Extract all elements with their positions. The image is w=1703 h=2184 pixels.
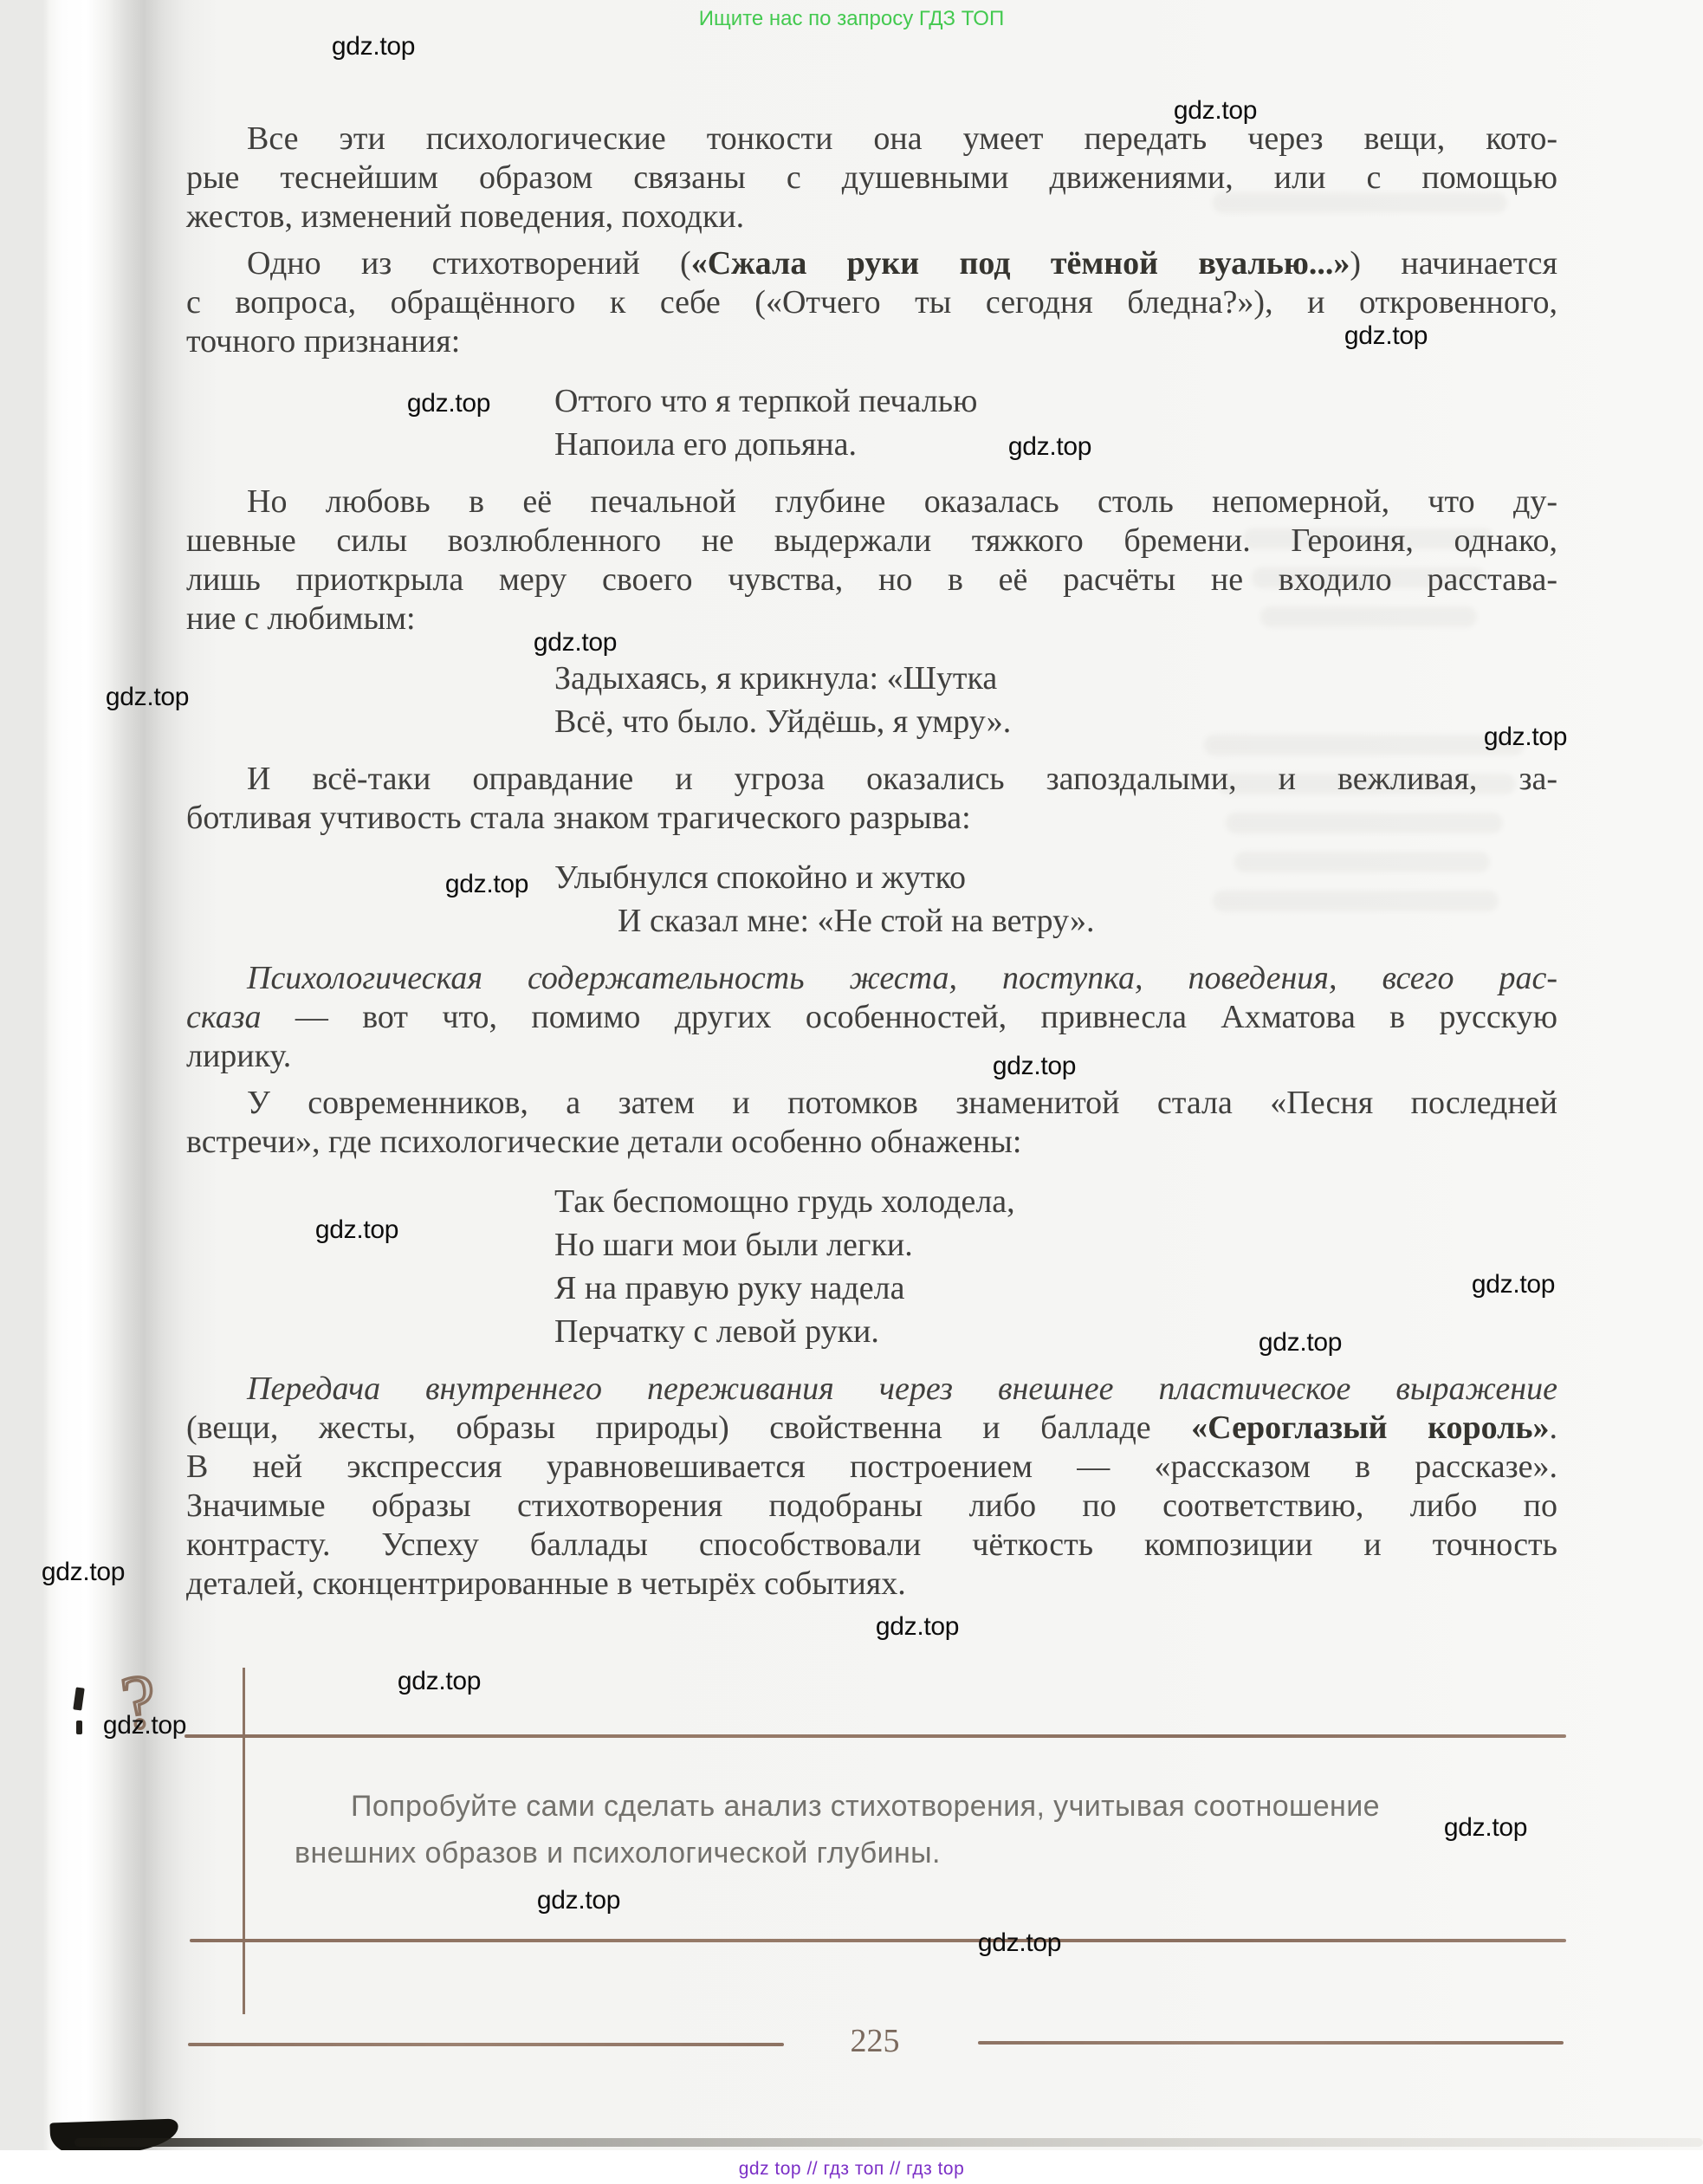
gdz-top-watermark: gdz.top xyxy=(978,1928,1061,1958)
text-segment: сказа xyxy=(186,999,262,1035)
paragraph-block: Но любовь в её печальной глубине оказала… xyxy=(186,483,1557,638)
paragraph-block: И всё-таки оправдание и угроза оказались… xyxy=(186,760,1557,838)
verse-line: Я на правую руку надела xyxy=(554,1267,1557,1310)
verse-line: Оттого что я терпкой печалью xyxy=(554,379,1557,423)
site-footer-text: gdz top // гдз топ // гдз top xyxy=(0,2159,1703,2180)
text-segment: (вещи, жесты, образы природы) свойственн… xyxy=(186,1410,1191,1446)
text-line: лишь приоткрыла меру своего чувства, но … xyxy=(186,561,1557,599)
text-segment: Я на правую руку надела xyxy=(554,1270,904,1306)
text-line: У современников, а затем и потомков знам… xyxy=(186,1084,1557,1123)
text-line: встречи», где психологические детали осо… xyxy=(186,1123,1557,1162)
text-segment: «Сжала руки под тёмной вуалью...» xyxy=(691,245,1350,282)
text-line: (вещи, жесты, образы природы) свойственн… xyxy=(186,1409,1557,1448)
text-segment: И сказал мне: «Не стой на ветру». xyxy=(618,903,1094,939)
edge-mark xyxy=(76,1721,82,1734)
text-segment: ботливая учтивость стала знаком трагичес… xyxy=(186,800,971,836)
text-segment: Напоила его допьяна. xyxy=(554,426,857,463)
footer-rule-left xyxy=(188,2043,784,2046)
gdz-top-watermark: gdz.top xyxy=(993,1052,1076,1081)
gdz-top-watermark: gdz.top xyxy=(1174,96,1257,126)
gdz-top-watermark: gdz.top xyxy=(398,1667,481,1696)
gdz-top-watermark: gdz.top xyxy=(103,1711,186,1740)
verse-line: Перчатку с левой руки. xyxy=(554,1310,1557,1353)
text-line: жестов, изменений поведения, походки. xyxy=(186,198,1557,237)
text-line: сказа — вот что, помимо других особеннос… xyxy=(186,998,1557,1037)
book-bottom-edge xyxy=(74,2138,1703,2147)
question-rule-top xyxy=(185,1734,1566,1738)
gdz-top-watermark: gdz.top xyxy=(1472,1270,1555,1299)
text-segment: с вопроса, обращённого к себе («Отчего т… xyxy=(186,284,1557,321)
gdz-top-watermark: gdz.top xyxy=(876,1612,959,1642)
gdz-top-watermark: gdz.top xyxy=(407,389,490,418)
text-segment: встречи», где психологические детали осо… xyxy=(186,1124,1021,1160)
paragraph-block: Передача внутреннего переживания через в… xyxy=(186,1370,1557,1604)
text-segment: Но шаги мои были легки. xyxy=(554,1227,913,1263)
promo-banner-top: Ищите нас по запросу ГДЗ ТОП xyxy=(0,7,1703,31)
text-segment: лишь приоткрыла меру своего чувства, но … xyxy=(186,561,1557,598)
verse-block: Улыбнулся спокойно и жуткоИ сказал мне: … xyxy=(554,856,1557,943)
text-line: ботливая учтивость стала знаком трагичес… xyxy=(186,799,1557,838)
text-segment: Улыбнулся спокойно и жутко xyxy=(554,859,966,896)
verse-line: И сказал мне: «Не стой на ветру». xyxy=(554,899,1557,943)
text-segment: жестов, изменений поведения, походки. xyxy=(186,198,744,235)
text-segment: Передача внутреннего переживания через в… xyxy=(247,1371,1557,1407)
text-line: ние с любимым: xyxy=(186,599,1557,638)
gdz-top-watermark: gdz.top xyxy=(1444,1813,1527,1843)
text-segment: лирику. xyxy=(186,1038,291,1074)
gdz-top-watermark: gdz.top xyxy=(42,1558,125,1587)
text-segment: . xyxy=(1550,1410,1558,1446)
text-segment: Но любовь в её печальной глубине оказала… xyxy=(247,483,1557,520)
question-rule-bottom xyxy=(190,1939,1566,1942)
paragraph-block: Все эти психологические тонкости она уме… xyxy=(186,120,1557,237)
text-line: Одно из стихотворений («Сжала руки под т… xyxy=(186,244,1557,283)
gdz-top-watermark: gdz.top xyxy=(537,1886,620,1915)
question-text-line: Попробуйте сами сделать анализ стихотвор… xyxy=(351,1790,1380,1824)
text-line: с вопроса, обращённого к себе («Отчего т… xyxy=(186,283,1557,322)
text-line: В ней экспрессия уравновешивается постро… xyxy=(186,1448,1557,1487)
text-segment: Значимые образы стихотворения подобраны … xyxy=(186,1487,1557,1524)
text-line: Психологическая содержательность жеста, … xyxy=(186,959,1557,998)
question-text-line: внешних образов и психологической глубин… xyxy=(295,1837,941,1870)
gdz-top-watermark: gdz.top xyxy=(1259,1328,1342,1358)
page-number: 225 xyxy=(827,2022,923,2060)
question-vertical-rule xyxy=(243,1668,245,2014)
gdz-top-watermark: gdz.top xyxy=(1484,723,1567,752)
text-segment: «Сероглазый король» xyxy=(1191,1410,1549,1446)
verse-block: Задыхаясь, я крикнула: «ШуткаВсё, что бы… xyxy=(554,657,1557,743)
text-segment: ) начинается xyxy=(1350,245,1557,282)
gdz-top-watermark: gdz.top xyxy=(106,683,189,712)
footer-rule-right xyxy=(978,2041,1564,2045)
text-line: лирику. xyxy=(186,1037,1557,1076)
verse-block: Так беспомощно грудь холодела,Но шаги мо… xyxy=(554,1180,1557,1353)
text-segment: У современников, а затем и потомков знам… xyxy=(247,1085,1557,1121)
text-line: Значимые образы стихотворения подобраны … xyxy=(186,1487,1557,1526)
text-segment: рые теснейшим образом связаны с душевным… xyxy=(186,159,1557,196)
text-segment: Оттого что я терпкой печалью xyxy=(554,383,977,419)
text-line: шевные силы возлюбленного не выдержали т… xyxy=(186,522,1557,561)
paragraph-block: Психологическая содержательность жеста, … xyxy=(186,959,1557,1076)
text-segment: Перчатку с левой руки. xyxy=(554,1313,879,1350)
gdz-top-watermark: gdz.top xyxy=(1008,432,1091,462)
scanned-textbook-page: Ищите нас по запросу ГДЗ ТОП Все эти пси… xyxy=(0,0,1703,2184)
gdz-top-watermark: gdz.top xyxy=(445,870,528,899)
text-line: рые теснейшим образом связаны с душевным… xyxy=(186,159,1557,198)
text-line: Все эти психологические тонкости она уме… xyxy=(186,120,1557,159)
paragraph-block: У современников, а затем и потомков знам… xyxy=(186,1084,1557,1162)
gdz-top-watermark: gdz.top xyxy=(332,32,415,62)
text-segment: Так беспомощно грудь холодела, xyxy=(554,1183,1015,1220)
gdz-top-watermark: gdz.top xyxy=(534,628,617,658)
text-line: Но любовь в её печальной глубине оказала… xyxy=(186,483,1557,522)
text-segment: точного признания: xyxy=(186,323,460,360)
gdz-top-watermark: gdz.top xyxy=(315,1215,398,1245)
text-line: И всё-таки оправдание и угроза оказались… xyxy=(186,760,1557,799)
text-segment: контрасту. Успеху баллады способствовали… xyxy=(186,1526,1557,1563)
verse-line: Всё, что было. Уйдёшь, я умру». xyxy=(554,700,1557,743)
text-segment: В ней экспрессия уравновешивается постро… xyxy=(186,1448,1557,1485)
verse-line: Так беспомощно грудь холодела, xyxy=(554,1180,1557,1223)
gdz-top-watermark: gdz.top xyxy=(1344,321,1428,351)
text-segment: Все эти психологические тонкости она уме… xyxy=(247,120,1557,157)
text-segment: Одно из стихотворений ( xyxy=(247,245,691,282)
text-line: контрасту. Успеху баллады способствовали… xyxy=(186,1526,1557,1565)
text-segment: Всё, что было. Уйдёшь, я умру». xyxy=(554,703,1011,740)
verse-line: Задыхаясь, я крикнула: «Шутка xyxy=(554,657,1557,700)
verse-line: Улыбнулся спокойно и жутко xyxy=(554,856,1557,899)
text-segment: шевные силы возлюбленного не выдержали т… xyxy=(186,522,1557,559)
text-line: деталей, сконцентрированные в четырёх со… xyxy=(186,1565,1557,1604)
text-segment: деталей, сконцентрированные в четырёх со… xyxy=(186,1565,906,1602)
text-segment: И всё-таки оправдание и угроза оказались… xyxy=(247,761,1557,797)
verse-line: Но шаги мои были легки. xyxy=(554,1223,1557,1267)
text-segment: Задыхаясь, я крикнула: «Шутка xyxy=(554,660,997,697)
text-segment: ние с любимым: xyxy=(186,600,416,637)
text-segment: Психологическая содержательность жеста, … xyxy=(247,960,1557,996)
text-segment: — вот что, помимо других особенностей, п… xyxy=(262,999,1557,1035)
text-line: Передача внутреннего переживания через в… xyxy=(186,1370,1557,1409)
